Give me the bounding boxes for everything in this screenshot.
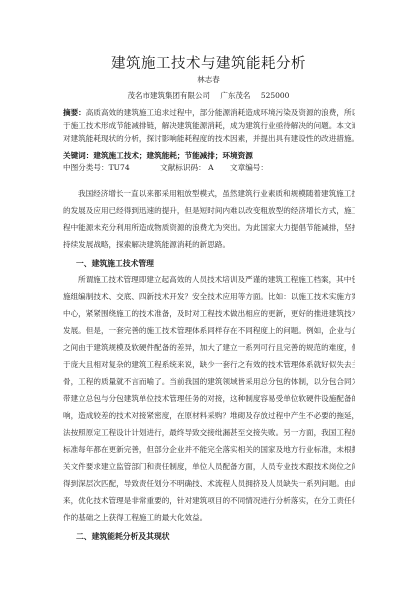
affiliation-org: 茂名市建筑集团有限公司 [128, 91, 211, 100]
intro-line-4: 持续发展战略，探索解决建筑能源消耗的新思路。 [63, 240, 355, 250]
document-page: 建筑施工技术与建筑能耗分析 林志春 茂名市建筑集团有限公司 广东茂名 52500… [0, 0, 417, 590]
section-1-line: 作的基础之上获得工程施工的最大化效益。 [63, 513, 355, 523]
abstract-line-1: 摘要：高质高效的建筑施工追求过程中，部分能源消耗造成环境污染及资源的浪费，所以基 [63, 108, 355, 118]
intro-line-2: 的发展及应用已经得到迅速的提升，但是短时间内难以改变粗放型的经济增长方式，施工过 [63, 206, 355, 216]
intro-line-3: 程中能源未充分利用所造成物质资源的浪费尤为突出。为此国家大力提倡节能减排，坚持可 [63, 223, 355, 233]
author-name: 林志春 [0, 74, 417, 85]
abstract-line-2: 于施工技术形成节能减排链，解决建筑能源消耗，成为建筑行业亟待解决的问题。本文通过 [63, 121, 355, 131]
affiliation-place: 广东茂名 [220, 91, 250, 100]
section-1-line: 来，优化技术管理是非常重要的，针对建筑项目的不同情况进行分析落实，在分工责任化协 [63, 496, 355, 506]
section-1-line: 得到深层次匹配，导致责任划分不明确技、术流程人员拥挤及人员缺失一系列问题。由此看 [63, 479, 355, 489]
keywords-value: 建筑施工技术；建筑能耗；节能减排；环境资源 [93, 151, 252, 160]
article-no-label: 文章编号： [230, 163, 268, 172]
section-1-line: 骨，工程的质量就不言而喻了。当前我国的建筑领域皆采用总分包的体制，以分包合同为纽 [63, 377, 355, 387]
clc-label: 中图分类号： [63, 163, 109, 172]
doc-code-value: A [208, 163, 213, 172]
keywords-label: 关键词： [63, 151, 93, 160]
affiliation-postcode: 525000 [261, 91, 290, 100]
section-2-heading: 二、建筑能耗分析及其现状 [76, 531, 170, 542]
section-1-line: 响，造成较差的技术对接紧密度，在原材料采购？堆砌及存放过程中产生不必要的拖延，无 [63, 411, 355, 421]
clc-value: TU74 [109, 163, 130, 172]
section-1-line: 施组编制技术、交底、四新技术开发？安全技术应用等方面。比如：以施工技术实施方案为 [63, 292, 355, 302]
section-1-line: 于庞大且相对复杂的建筑工程系统来说，缺少一套行之有效的技术管理体系就好似失去主心 [63, 360, 355, 370]
abstract-line-3: 对建筑能耗现状的分析，探讨影响能耗程度的技术因素，并提出具有建设性的改进措施。 [63, 134, 355, 144]
section-1-line: 标准每年都在更新完善，但部分企业并不能完全落实相关的国家及地方行业标准，未根据相 [63, 445, 355, 455]
doc-code-label: 文献标识码： [160, 163, 206, 172]
section-1-line: 带建立总包与分包建筑单位技术管理任务的对接，这种制度容易受单位软硬件设施配备的影 [63, 394, 355, 404]
intro-line-1: 我国经济增长一直以来都采用粗放型模式，虽然建筑行业素质和规模随着建筑施工技术 [78, 189, 355, 199]
section-1-heading: 一、建筑施工技术管理 [76, 258, 154, 269]
section-1-line: 中心，紧紧围绕施工的技术准备，及时对工程技术做出相应的更新，更好的推进建筑技术的 [63, 309, 355, 319]
abstract-label: 摘要： [63, 108, 86, 117]
keywords: 关键词：建筑施工技术；建筑能耗；节能减排；环境资源 [63, 151, 253, 161]
section-1-line: 发展。但是，一套完善的施工技术管理体系同样存在不同程度上的问题。例如，企业与企业 [63, 326, 355, 336]
paper-title: 建筑施工技术与建筑能耗分析 [0, 52, 417, 73]
classification: 中图分类号：TU74 文献标识码： A 文章编号： [63, 163, 268, 173]
section-1-line: 之间由于建筑规模及软硬件配备的差异，加大了建立一系列可行且完善的规范的难度，但对 [63, 343, 355, 353]
section-1-line: 所谓施工技术管理即建立起高效的人员技术培训及严谨的建筑工程施工档案，其中包括 [78, 275, 355, 285]
section-1-line: 关文件要求建立监管部门和责任制度，单位人员配备方面，人员专业技术跟技术岗位之间未 [63, 462, 355, 472]
affiliation: 茂名市建筑集团有限公司 广东茂名 525000 [0, 90, 417, 101]
section-1-line: 法按照原定工程设计计划进行，最终导致交接纰漏甚至交接失败。另一方面，我国工程施工 [63, 428, 355, 438]
